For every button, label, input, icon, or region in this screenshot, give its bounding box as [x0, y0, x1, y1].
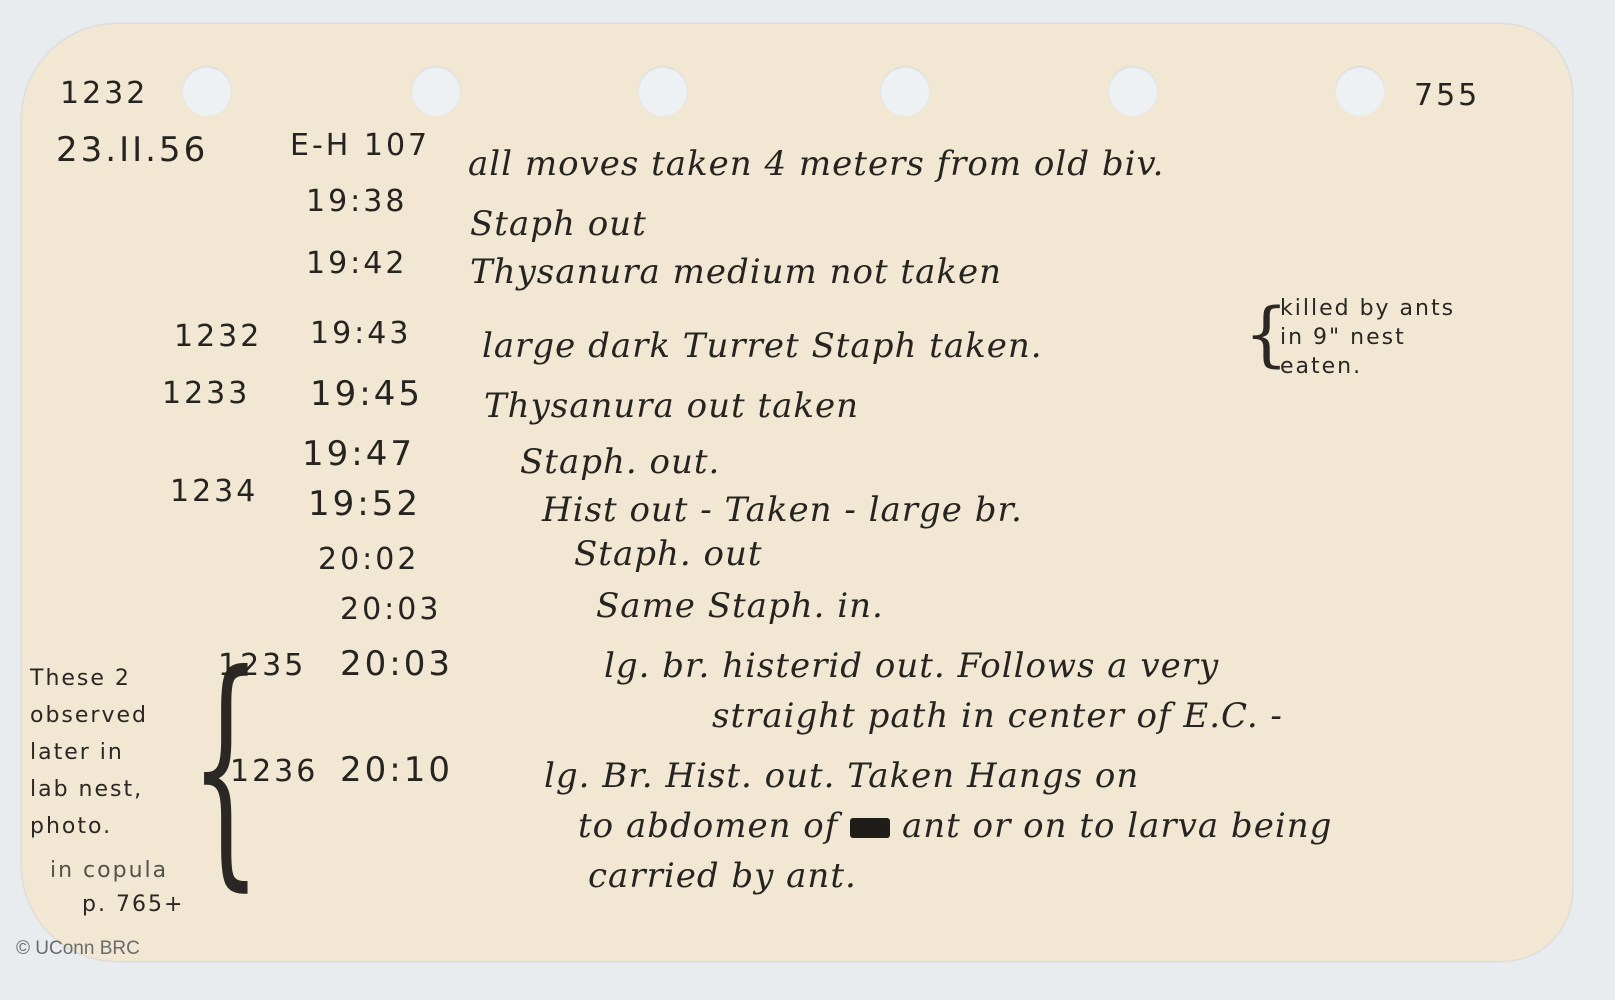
entry-text: Staph. out. [520, 442, 720, 482]
entry-text: large dark Turret Staph taken. [482, 326, 1043, 366]
card-number: 1232 [60, 76, 148, 111]
entry-time: 19:43 [310, 316, 411, 351]
entry-text: Staph. out [574, 534, 763, 574]
entry-text-cont: to abdomen of ant or on to larva being [578, 806, 1332, 846]
entry-time: 20:02 [318, 542, 419, 577]
entry-text-cont: carried by ant. [588, 856, 857, 896]
entry-time: 19:45 [310, 374, 423, 414]
page-number: 755 [1414, 78, 1480, 113]
header-note: all moves taken 4 meters from old biv. [468, 144, 1164, 184]
side-note-right: killed by ants in 9" nest eaten. [1280, 294, 1455, 381]
site-code: E-H 107 [290, 128, 430, 163]
specimen-number: 1235 [218, 648, 306, 683]
entry-text: Thysanura out taken [484, 386, 859, 426]
specimen-number: 1234 [170, 474, 258, 509]
entry-time: 19:42 [306, 246, 407, 281]
specimen-number: 1232 [174, 319, 262, 354]
punch-hole [1335, 66, 1385, 116]
copyright-notice: © UConn BRC [16, 938, 140, 960]
entry-text: Same Staph. in. [596, 586, 884, 626]
entry-text: lg. Br. Hist. out. Taken Hangs on [544, 756, 1139, 796]
entry-time: 20:10 [340, 750, 453, 790]
entry-time: 19:52 [308, 484, 421, 524]
punch-hole [182, 66, 232, 116]
entry-text: Thysanura medium not taken [470, 252, 1002, 292]
specimen-number: 1236 [230, 754, 318, 789]
entry-time: 19:38 [306, 184, 407, 219]
entry-time: 20:03 [340, 592, 441, 627]
punch-hole [880, 66, 930, 116]
pencil-note: in copula p. 765+ [50, 854, 184, 922]
entry-text: lg. br. histerid out. Follows a very [604, 646, 1219, 686]
index-card: 1232 755 23.II.56 E-H 107 all moves take… [22, 24, 1572, 961]
side-note-left: These 2 observed later in lab nest, phot… [30, 660, 148, 845]
entry-time: 20:03 [340, 644, 453, 684]
entry-text: Hist out - Taken - large br. [542, 490, 1023, 530]
punch-hole [411, 66, 461, 116]
specimen-number: 1233 [162, 376, 250, 411]
entry-text: Staph out [470, 204, 647, 244]
entry-time: 19:47 [302, 434, 415, 474]
redacted-mark [850, 818, 890, 838]
entry-text-cont: straight path in center of E.C. - [712, 696, 1283, 736]
date: 23.II.56 [56, 130, 208, 170]
punch-hole [1108, 66, 1158, 116]
punch-hole [638, 66, 688, 116]
